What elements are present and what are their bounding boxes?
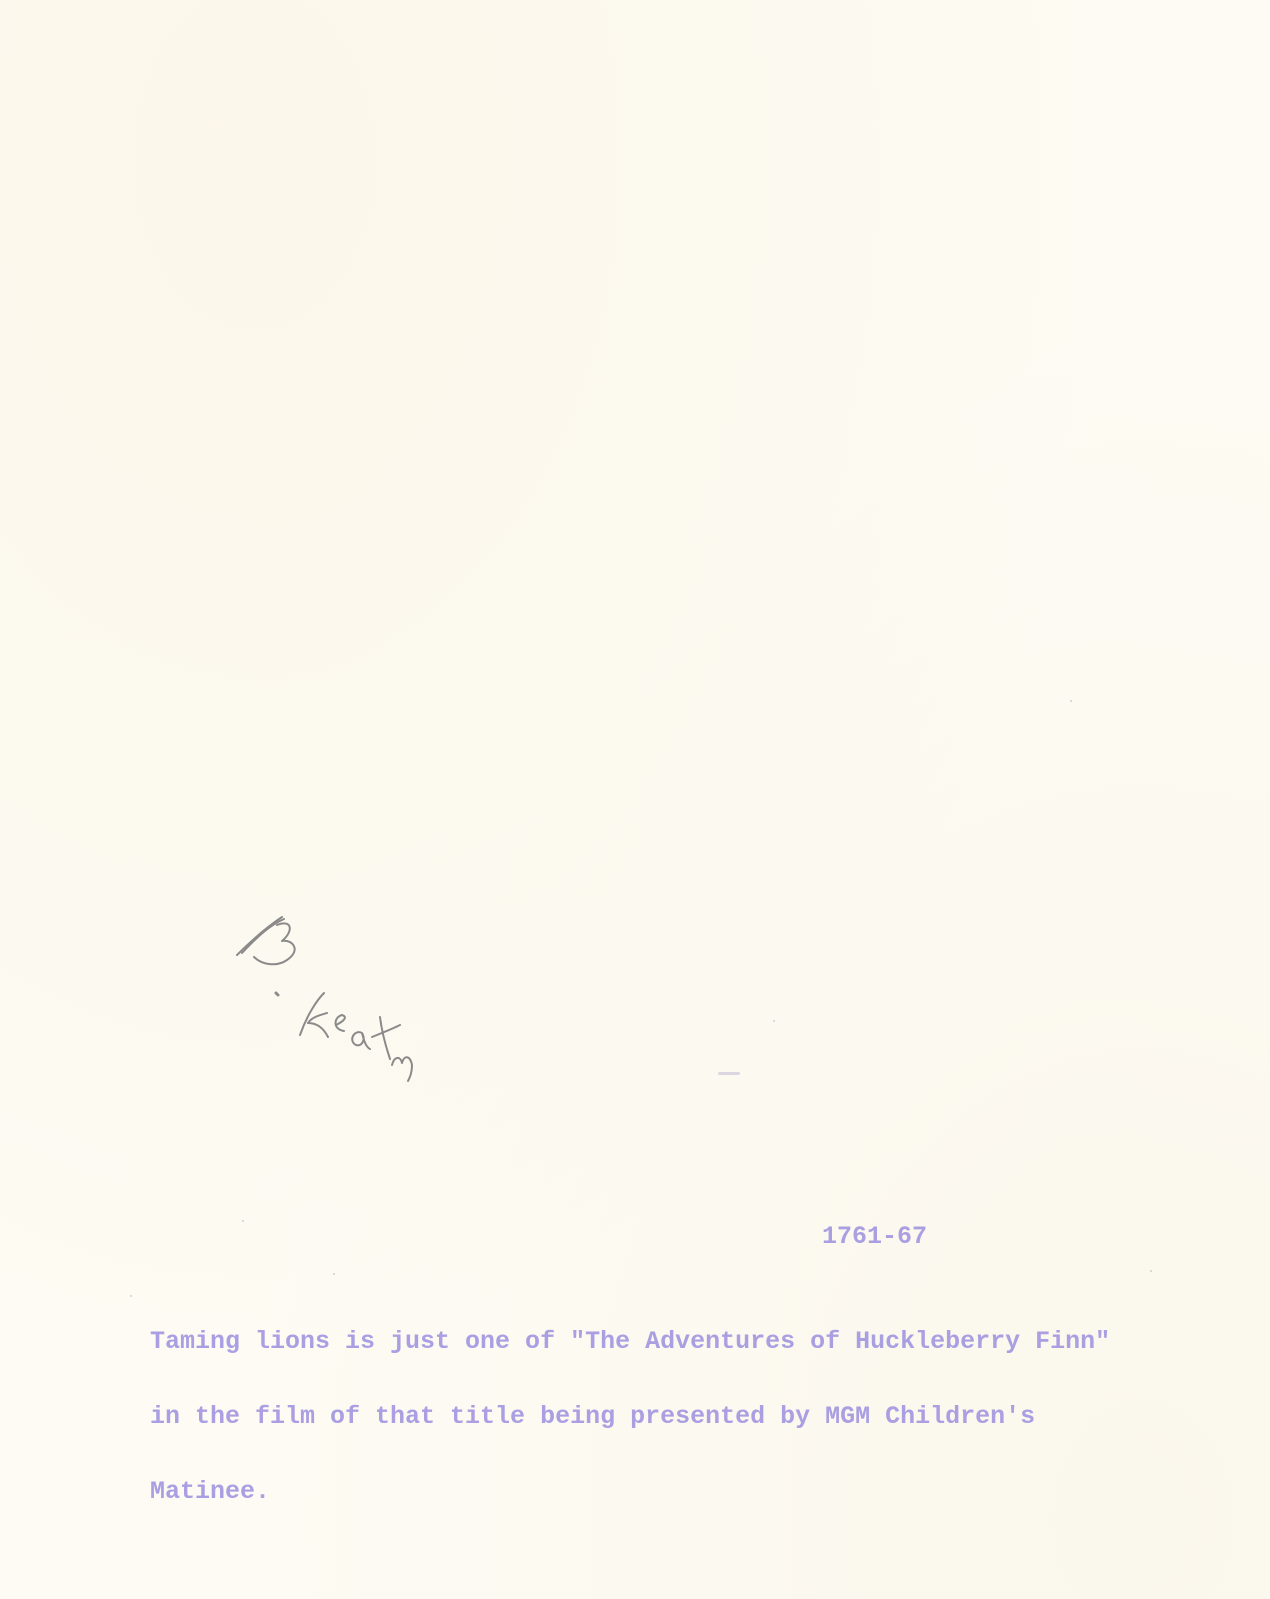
pencil-signature: B. Keaton [232,905,432,1105]
ink-smudge [718,1072,740,1075]
press-caption: Taming lions is just one of "The Adventu… [150,1279,1210,1554]
paper-speck [773,1020,775,1022]
paper-speck [1070,700,1072,702]
paper-speck [1150,1270,1152,1272]
caption-line-2: in the film of that title being presente… [150,1404,1210,1429]
paper-speck [333,1273,335,1275]
paper-speck [242,1220,244,1222]
photo-back-paper: B. Keaton [0,0,1270,1599]
reference-number: 1761-67 [822,1224,927,1249]
caption-line-3: Matinee. [150,1479,1210,1504]
signature-strokes-icon [232,905,432,1105]
caption-line-1: Taming lions is just one of "The Adventu… [150,1329,1210,1354]
paper-speck [130,1295,132,1297]
